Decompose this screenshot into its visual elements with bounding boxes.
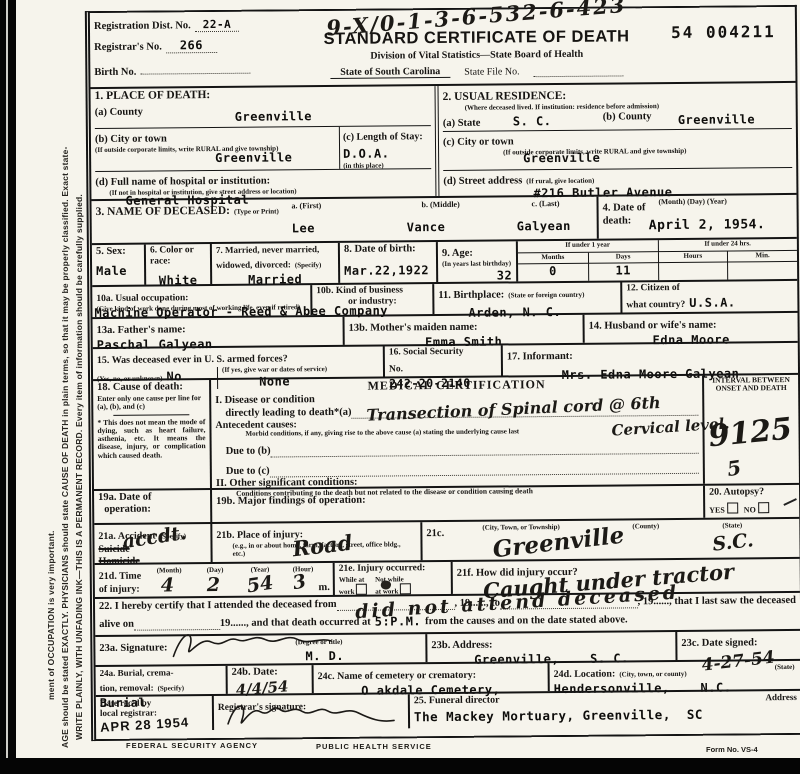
citizen-value: U.S.A.	[689, 295, 735, 309]
header-right: 54 004211	[667, 7, 796, 82]
scanned-death-certificate: ment of OCCUPATION is very important. AG…	[0, 0, 800, 774]
occupation-cell: 10a. Usual occupation: (Give kind of wor…	[92, 285, 310, 317]
res-city-note: (If outside corporate limits, write RURA…	[443, 147, 792, 158]
first-label: a. (First)	[292, 202, 322, 211]
degree-value: M. D.	[305, 649, 344, 663]
cause-label: 18. Cause of death:	[97, 381, 205, 394]
service-label: 15. Was deceased ever in U. S. armed for…	[97, 353, 288, 366]
row-registrar: Date rec'd by local registrar: APR 28 19…	[96, 689, 800, 731]
registrar-no-value: 266	[166, 38, 217, 53]
interval-label2: ONSET AND DEATH	[708, 384, 794, 393]
middle-value: Vance	[407, 220, 446, 234]
registrar-signature	[222, 696, 402, 732]
findings-label: 19b. Major findings of operation:	[216, 495, 366, 507]
citizen-label2: what country?	[626, 300, 685, 311]
cemetery-label: 24c. Name of cemetery or crematory:	[318, 670, 477, 682]
registrar-signature-cell: Registrar's signature:	[212, 694, 408, 730]
header-left: Registration Dist. No. 22-A Registrar's …	[90, 11, 287, 87]
months-value: 0	[518, 264, 588, 281]
res-street-label: (d) Street address	[443, 175, 522, 187]
operation-date-label2: operation:	[98, 503, 206, 516]
time-hw-day: 2	[207, 574, 220, 596]
director-address-label: Address	[765, 692, 796, 704]
degree-note: (Degree or title)	[295, 639, 342, 647]
paper: ment of OCCUPATION is very important. AG…	[16, 0, 800, 758]
pod-city-value: Greenville	[215, 150, 292, 165]
margin-note: AGE should be stated EXACTLY. PHYSICIANS…	[60, 146, 70, 748]
interval-cell: INTERVAL BETWEEN ONSET AND DEATH 9125 5	[702, 375, 799, 484]
not-while-checkbox	[400, 583, 411, 594]
sex-cell: 5. Sex: Male	[92, 245, 144, 285]
burial-location-cell: 24d. Location: (City, town, or county) (…	[548, 661, 800, 691]
spouse-cell: 14. Husband or wife's name: Edna Moore	[582, 313, 797, 343]
citizen-label: 12. Citizen of	[626, 282, 793, 294]
age-label: 9. Age:	[442, 248, 473, 259]
pod-county-label: (a) County	[95, 107, 143, 118]
disease-label2: directly leading to death*(a)	[215, 407, 351, 420]
pod-stay-label: (c) Length of Stay:	[343, 131, 423, 143]
time-hw-month: 4	[161, 574, 174, 596]
occupation-label: 10a. Usual occupation:	[96, 293, 188, 304]
autopsy-yes-label: YES	[709, 505, 725, 514]
due-c-label: Due to (c)	[216, 466, 270, 479]
res-street-note: (If rural, give location)	[526, 176, 594, 185]
due-b-blank	[271, 441, 699, 458]
injury-state-handwriting: S.C.	[711, 529, 754, 556]
signature-label: 23a. Signature:	[99, 642, 167, 654]
row-cause: 18. Cause of death: Enter only one cause…	[93, 373, 799, 489]
certificate-subtitle: Division of Vital Statistics—State Board…	[290, 48, 663, 63]
burial-cell: 24a. Burial, crema- tion, removal: (Spec…	[96, 666, 226, 695]
due-b-label: Due to (b)	[216, 446, 271, 459]
address-cell: 23b. Address: Greenville, S. C.	[425, 632, 675, 662]
medical-certification-cell: MEDICAL CERTIFICATION I. Disease or cond…	[209, 376, 703, 488]
injury-c-label: 21c.	[426, 528, 444, 539]
date-signed-cell: 23c. Date signed: 4-27-54	[675, 631, 800, 660]
name-note: (Type or Print)	[234, 207, 279, 215]
autopsy-no-mark	[783, 498, 796, 506]
row-place-residence: 1. PLACE OF DEATH: (a) County Greenville…	[90, 81, 796, 199]
pod-hospital-label: (d) Full name of hospital or institution…	[95, 176, 270, 189]
injury-county-note: (County)	[632, 523, 659, 531]
last-label: c. (Last)	[531, 200, 559, 209]
time-of-injury-cell: 21d. Time (Month) (Day) (Year) (Hour) of…	[95, 563, 333, 597]
occurred-label: 21e. Injury occurred:	[339, 563, 447, 575]
sex-label: 5. Sex:	[96, 246, 140, 258]
agency-footer: FEDERAL SECURITY AGENCY	[126, 741, 258, 750]
res-county-value: Greenville	[678, 112, 755, 127]
autopsy-no-label: NO	[744, 505, 756, 514]
burial-label: 24a. Burial, crema-	[100, 667, 222, 678]
marital-note: (Specify)	[295, 261, 322, 269]
header-center: 9-X/0-1-3-6-532-6-423 STANDARD CERTIFICA…	[286, 8, 668, 85]
months-label: Months	[518, 252, 588, 264]
funeral-director-label: 25. Funeral director	[414, 695, 500, 707]
operation-date-cell: 19a. Date of operation:	[94, 490, 210, 523]
registration-dist-value: 22-A	[195, 18, 240, 32]
ssn-label2: No.	[389, 364, 403, 374]
min-value	[727, 262, 797, 279]
state-line: State of South Carolina	[330, 65, 450, 79]
min-label: Min.	[727, 251, 797, 263]
operation-findings-cell: 19b. Major findings of operation:	[210, 486, 703, 522]
res-state-label: (a) State	[443, 117, 481, 128]
birthplace-label: 11. Birthplace:	[438, 289, 504, 301]
autopsy-cell: 20. Autopsy? YES NO	[703, 485, 799, 518]
middle-label: b. (Middle)	[421, 201, 459, 210]
res-city-label: (c) City or town	[443, 136, 514, 148]
name-of-deceased-cell: 3. NAME OF DECEASED: (Type or Print) a. …	[91, 197, 596, 243]
race-cell: 6. Color or race: White	[144, 244, 210, 285]
injury-state-note: (State)	[722, 522, 742, 530]
war-note: (If yes, give war or dates of service)	[222, 366, 327, 375]
code-handwriting: 9125	[707, 411, 796, 454]
file-number-stamp: 54 004211	[671, 22, 791, 42]
age-cell: 9. Age: (In years last birthday) 32	[436, 241, 516, 282]
cause-enter-note: Enter only one cause per line for (a), (…	[97, 394, 205, 411]
armed-forces-cell: 15. Was deceased ever in U. S. armed for…	[93, 347, 383, 380]
informant-label: 17. Informant:	[507, 351, 573, 363]
name-label: 3. NAME OF DECEASED:	[96, 205, 230, 218]
burial-location-note2: (State)	[775, 664, 795, 672]
first-value: Lee	[292, 221, 315, 235]
funeral-director-value: The Mackey Mortuary, Greenville, SC	[414, 705, 797, 723]
injury-occurred-cell: 21e. Injury occurred: While at work Not …	[333, 562, 451, 595]
age-note: (In years last birthday)	[442, 260, 512, 268]
row-injury-1: 21a. Accident (Specify) Suicide Homicide…	[94, 517, 799, 563]
certificate-form: Registration Dist. No. 22-A Registrar's …	[85, 5, 800, 741]
days-value: 11	[588, 263, 658, 280]
birthplace-note: (State or foreign country)	[508, 291, 584, 300]
time-suffix: m.	[318, 582, 329, 594]
last-value: Galyean	[517, 219, 571, 233]
injury-location-cell: 21c. (City, Town, or Township) (County) …	[420, 519, 799, 560]
marital-cell: 7. Married, never married, widowed, divo…	[210, 243, 338, 284]
autopsy-label: 20. Autopsy?	[709, 486, 795, 498]
pod-city-label: (b) City or town	[95, 133, 167, 145]
signature-cell: 23a. Signature: (Degree or title) M. D.	[95, 634, 425, 665]
registration-dist-label: Registration Dist. No.	[94, 20, 191, 32]
cause-footnote: * This does not mean the mode of dying, …	[97, 418, 205, 460]
time-label: 21d. Time	[99, 571, 142, 582]
state-file-label: State File No.	[464, 66, 519, 77]
form-number: Form No. VS-4	[706, 745, 758, 754]
father-cell: 13a. Father's name: Paschal Galyean	[93, 317, 343, 347]
scan-edge-line	[6, 0, 8, 758]
registrar-no-label: Registrar's No.	[94, 41, 162, 53]
citizen-cell: 12. Citizen of what country? U.S.A.	[620, 281, 797, 313]
state-file-blank	[534, 75, 624, 77]
birth-no-label: Birth No.	[94, 67, 136, 78]
place-of-death-section: 1. PLACE OF DEATH: (a) County Greenville…	[91, 86, 436, 199]
margin-note: WRITE PLAINLY, WITH UNFADING INK—THIS IS…	[74, 194, 84, 740]
place-of-injury-cell: 21b. Place of injury: (e.g., in or about…	[210, 522, 420, 562]
funeral-director-cell: 25. Funeral director Address The Mackey …	[408, 691, 800, 728]
res-county-label: (b) County	[603, 111, 652, 123]
death-date-cols: (Month) (Day) (Year)	[658, 198, 726, 207]
header-row: Registration Dist. No. 22-A Registrar's …	[90, 7, 796, 87]
time-hw-year: 54	[245, 572, 274, 598]
informant-cell: 17. Informant: Mrs. Edna Moore Galyean	[501, 343, 798, 376]
age-subtable: If under 1 year If under 24 hrs. Months …	[516, 239, 797, 281]
res-state-value: S. C.	[513, 114, 552, 128]
certify-text2: alive on	[99, 619, 134, 631]
sex-value: Male	[96, 264, 140, 278]
service-footer: PUBLIC HEALTH SERVICE	[316, 742, 432, 751]
death-date-value: April 2, 1954.	[649, 217, 766, 233]
place-injury-label: 21b. Place of injury:	[216, 529, 303, 541]
hours-label: Hours	[657, 251, 727, 263]
date-of-death-cell: 4. Date of (Month) (Day) (Year) death: A…	[596, 195, 796, 239]
burial-location-note: (City, town, or county)	[619, 670, 686, 679]
burial-location-label: 24d. Location:	[554, 669, 616, 681]
birth-value: Mar.22,1922	[344, 263, 432, 278]
cemetery-cell: 24c. Name of cemetery or crematory: O ak…	[312, 663, 548, 693]
residence-heading: 2. USUAL RESIDENCE:	[443, 90, 567, 103]
ssn-label: 16. Social Security	[389, 347, 497, 359]
birth-no-blank	[140, 73, 250, 75]
row-vitals: 5. Sex: Male 6. Color or race: White 7. …	[92, 237, 797, 285]
race-label: 6. Color or race:	[150, 245, 206, 267]
code-handwriting-2: 5	[725, 447, 796, 481]
pod-county-value: Greenville	[235, 109, 312, 124]
accident-cell: 21a. Accident (Specify) Suicide Homicide…	[94, 524, 210, 563]
while-at-work-checkbox	[356, 584, 367, 595]
burial-specify-note: (Specify)	[158, 685, 185, 693]
death-date-label: 4. Date of	[603, 202, 646, 213]
days-label: Days	[588, 252, 658, 264]
ssn-cell: 16. Social Security No. 242-20-2140	[383, 346, 501, 377]
date-received-cell: Date rec'd by local registrar: APR 28 19…	[96, 696, 212, 731]
birthplace-cell: 11. Birthplace: (State or foreign countr…	[432, 282, 620, 314]
marital-label: 7. Married, never married,	[216, 244, 334, 255]
address-label: 23b. Address:	[431, 640, 492, 652]
operation-date-label: 19a. Date of	[98, 491, 206, 504]
while-at-work-label: While at	[339, 576, 367, 584]
birth-date-cell: 8. Date of birth: Mar.22,1922	[338, 242, 436, 283]
cause-side-cell: 18. Cause of death: Enter only one cause…	[93, 380, 210, 489]
row-name-death: 3. NAME OF DECEASED: (Type or Print) a. …	[91, 193, 796, 243]
usual-residence-section: 2. USUAL RESIDENCE: (Where deceased live…	[434, 83, 796, 196]
birth-label: 8. Date of birth:	[344, 243, 432, 256]
hours-value	[658, 263, 728, 280]
mother-label: 13b. Mother's maiden name:	[349, 322, 478, 334]
autopsy-no-checkbox	[758, 502, 769, 513]
pod-stay-value: D.O.A.	[343, 146, 389, 160]
autopsy-yes-checkbox	[727, 502, 738, 513]
mother-cell: 13b. Mother's maiden name: Emma Smith	[343, 315, 583, 345]
certify-text1: 22. I hereby certify that I attended the…	[99, 599, 337, 613]
spouse-label: 14. Husband or wife's name:	[589, 320, 717, 332]
date-signed-label: 23c. Date signed:	[681, 637, 757, 649]
burial-date-cell: 24b. Date: 4/4/54	[226, 665, 312, 694]
burial-label2: tion, removal:	[100, 683, 154, 693]
marital-label2: widowed, divorced:	[216, 260, 291, 271]
father-label: 13a. Father's name:	[97, 324, 186, 336]
occupation-value: Machine Operator - Reed & Abee Company	[94, 303, 388, 320]
res-city-value: Greenville	[523, 150, 600, 165]
margin-note: ment of OCCUPATION is very important.	[46, 530, 56, 700]
